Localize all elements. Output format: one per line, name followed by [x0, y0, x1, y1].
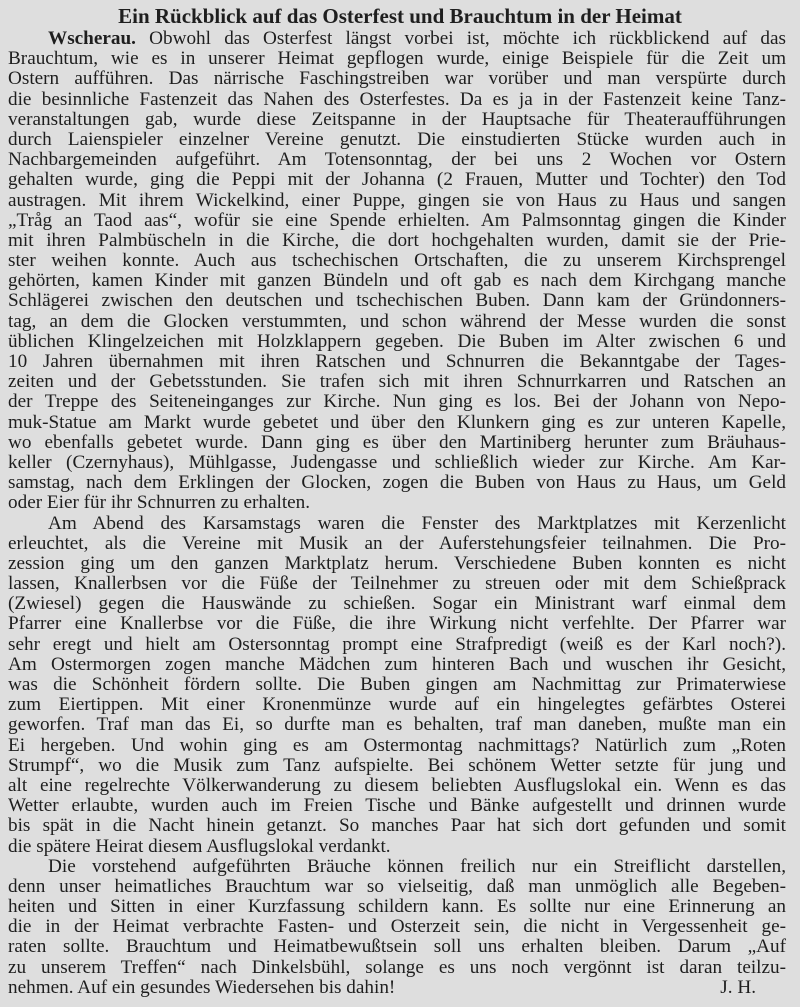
text-line: Die vorstehend aufgeführten Bräuche könn…: [8, 857, 786, 877]
paragraph-2: Am Abend des Karsamstags waren die Fenst…: [8, 514, 786, 857]
text-line: Ostern aufführen. Das närrische Fasching…: [8, 69, 786, 89]
text-line: Strumpf“, wo die Musik zum Tanz aufspiel…: [8, 756, 786, 776]
text-line: Ei hergeben. Und wohin ging es am Osterm…: [8, 736, 786, 756]
text-line: Wetter erlaubte, wurden auch im Freien T…: [8, 796, 786, 816]
text-line: samstag, nach dem Erklingen der Glocken,…: [8, 473, 786, 493]
closing-text: nehmen. Auf ein gesundes Wiedersehen bis…: [8, 978, 395, 998]
scanned-page: Ein Rückblick auf das Osterfest und Brau…: [0, 0, 800, 1007]
text-line: Pfarrer eine Knallerbse vor die Füße, di…: [8, 614, 786, 634]
text-line: Wscherau. Obwohl das Osterfest längst vo…: [8, 29, 786, 49]
text-line: Nachbargemeinden aufgeführt. Am Totenson…: [8, 150, 786, 170]
paragraph-1: Wscherau. Obwohl das Osterfest längst vo…: [8, 29, 786, 514]
text-line: die in der Heimat verbrachte Fasten- und…: [8, 917, 786, 937]
text-line: (Zwiesel) gegen die Hauswände zu schieße…: [8, 594, 786, 614]
article-body: Wscherau. Obwohl das Osterfest längst vo…: [8, 29, 786, 998]
article-title: Ein Rückblick auf das Osterfest und Brau…: [0, 4, 800, 28]
text-line: zum Eiertippen. Mit einer Kronenmünze wu…: [8, 695, 786, 715]
text-line: mit ihren Palmbüscheln in die Kirche, di…: [8, 231, 786, 251]
paragraph-3: Die vorstehend aufgeführten Bräuche könn…: [8, 857, 786, 998]
text-line: heiten und Sitten in einer Kurzfassung s…: [8, 897, 786, 917]
text-line: tag, an dem die Glocken verstummten, und…: [8, 312, 786, 332]
text-line: austragen. Mit ihrem Wickelkind, einer P…: [8, 191, 786, 211]
text-line: 10 Jahren übernahmen mit ihren Ratschen …: [8, 352, 786, 372]
text-line: lassen, Knallerbsen vor die Füße der Tei…: [8, 574, 786, 594]
text-line: denn unser heimatliches Brauchtum war so…: [8, 877, 786, 897]
text-line: muk-Statue am Markt wurde gebetet und üb…: [8, 413, 786, 433]
text-line: gehalten wurde, ging die Peppi mit der J…: [8, 170, 786, 190]
text-line: Am Abend des Karsamstags waren die Fenst…: [8, 514, 786, 534]
text-line: üblichen Klingelzeichen mit Holzklappern…: [8, 332, 786, 352]
text-line: gehörten, kamen Kinder mit ganzen Bündel…: [8, 271, 786, 291]
text-line: wo ebenfalls gebetet wurde. Dann ging es…: [8, 433, 786, 453]
text-line: Schlägerei zwischen den deutschen und ts…: [8, 291, 786, 311]
text-line: durch Laienspieler einzelner Vereine gen…: [8, 130, 786, 150]
text-line: „Tråg an Taod aas“, wofür sie eine Spend…: [8, 211, 786, 231]
text-line: keller (Czernyhaus), Mühlgasse, Judengas…: [8, 453, 786, 473]
text-line: sehr eregt und hielt am Ostersonntag pro…: [8, 635, 786, 655]
text-line: die spätere Heirat diesem Ausflugslokal …: [8, 837, 786, 857]
closing-line: nehmen. Auf ein gesundes Wiedersehen bis…: [8, 978, 786, 998]
text-line: was die Schönheit fördern sollte. Die Bu…: [8, 675, 786, 695]
text-line: bis spät in die Nacht hinein getanzt. So…: [8, 816, 786, 836]
lead-place-name: Wscherau.: [48, 28, 136, 49]
text-line: die besinnliche Fastenzeit das Nahen des…: [8, 90, 786, 110]
text-line: veranstaltungen gab, wurde diese Zeitspa…: [8, 110, 786, 130]
text-line: Am Ostermorgen zogen manche Mädchen zum …: [8, 655, 786, 675]
text-line: Brauchtum, wie es in unserer Heimat gepf…: [8, 49, 786, 69]
text-line: oder Eier für ihr Schnurren zu erhalten.: [8, 493, 786, 513]
text-line: raten sollte. Brauchtum und Heimatbewußt…: [8, 937, 786, 957]
text-line: alt eine regelrechte Völkerwanderung zu …: [8, 776, 786, 796]
text-line: ster weihen konnte. Auch aus tschechisch…: [8, 251, 786, 271]
text-line: der Treppe des Seiteneinganges zur Kirch…: [8, 392, 786, 412]
author-signature: J. H.: [720, 978, 756, 998]
text-line: zession ging um den ganzen Marktplatz he…: [8, 554, 786, 574]
text-line: zu unserem Treffen“ nach Dinkelsbühl, so…: [8, 958, 786, 978]
text-line: erleuchtet, als die Vereine mit Musik an…: [8, 534, 786, 554]
text-line: geworfen. Traf man das Ei, so durfte man…: [8, 715, 786, 735]
text-line: zeiten und der Gebetsstunden. Sie trafen…: [8, 372, 786, 392]
